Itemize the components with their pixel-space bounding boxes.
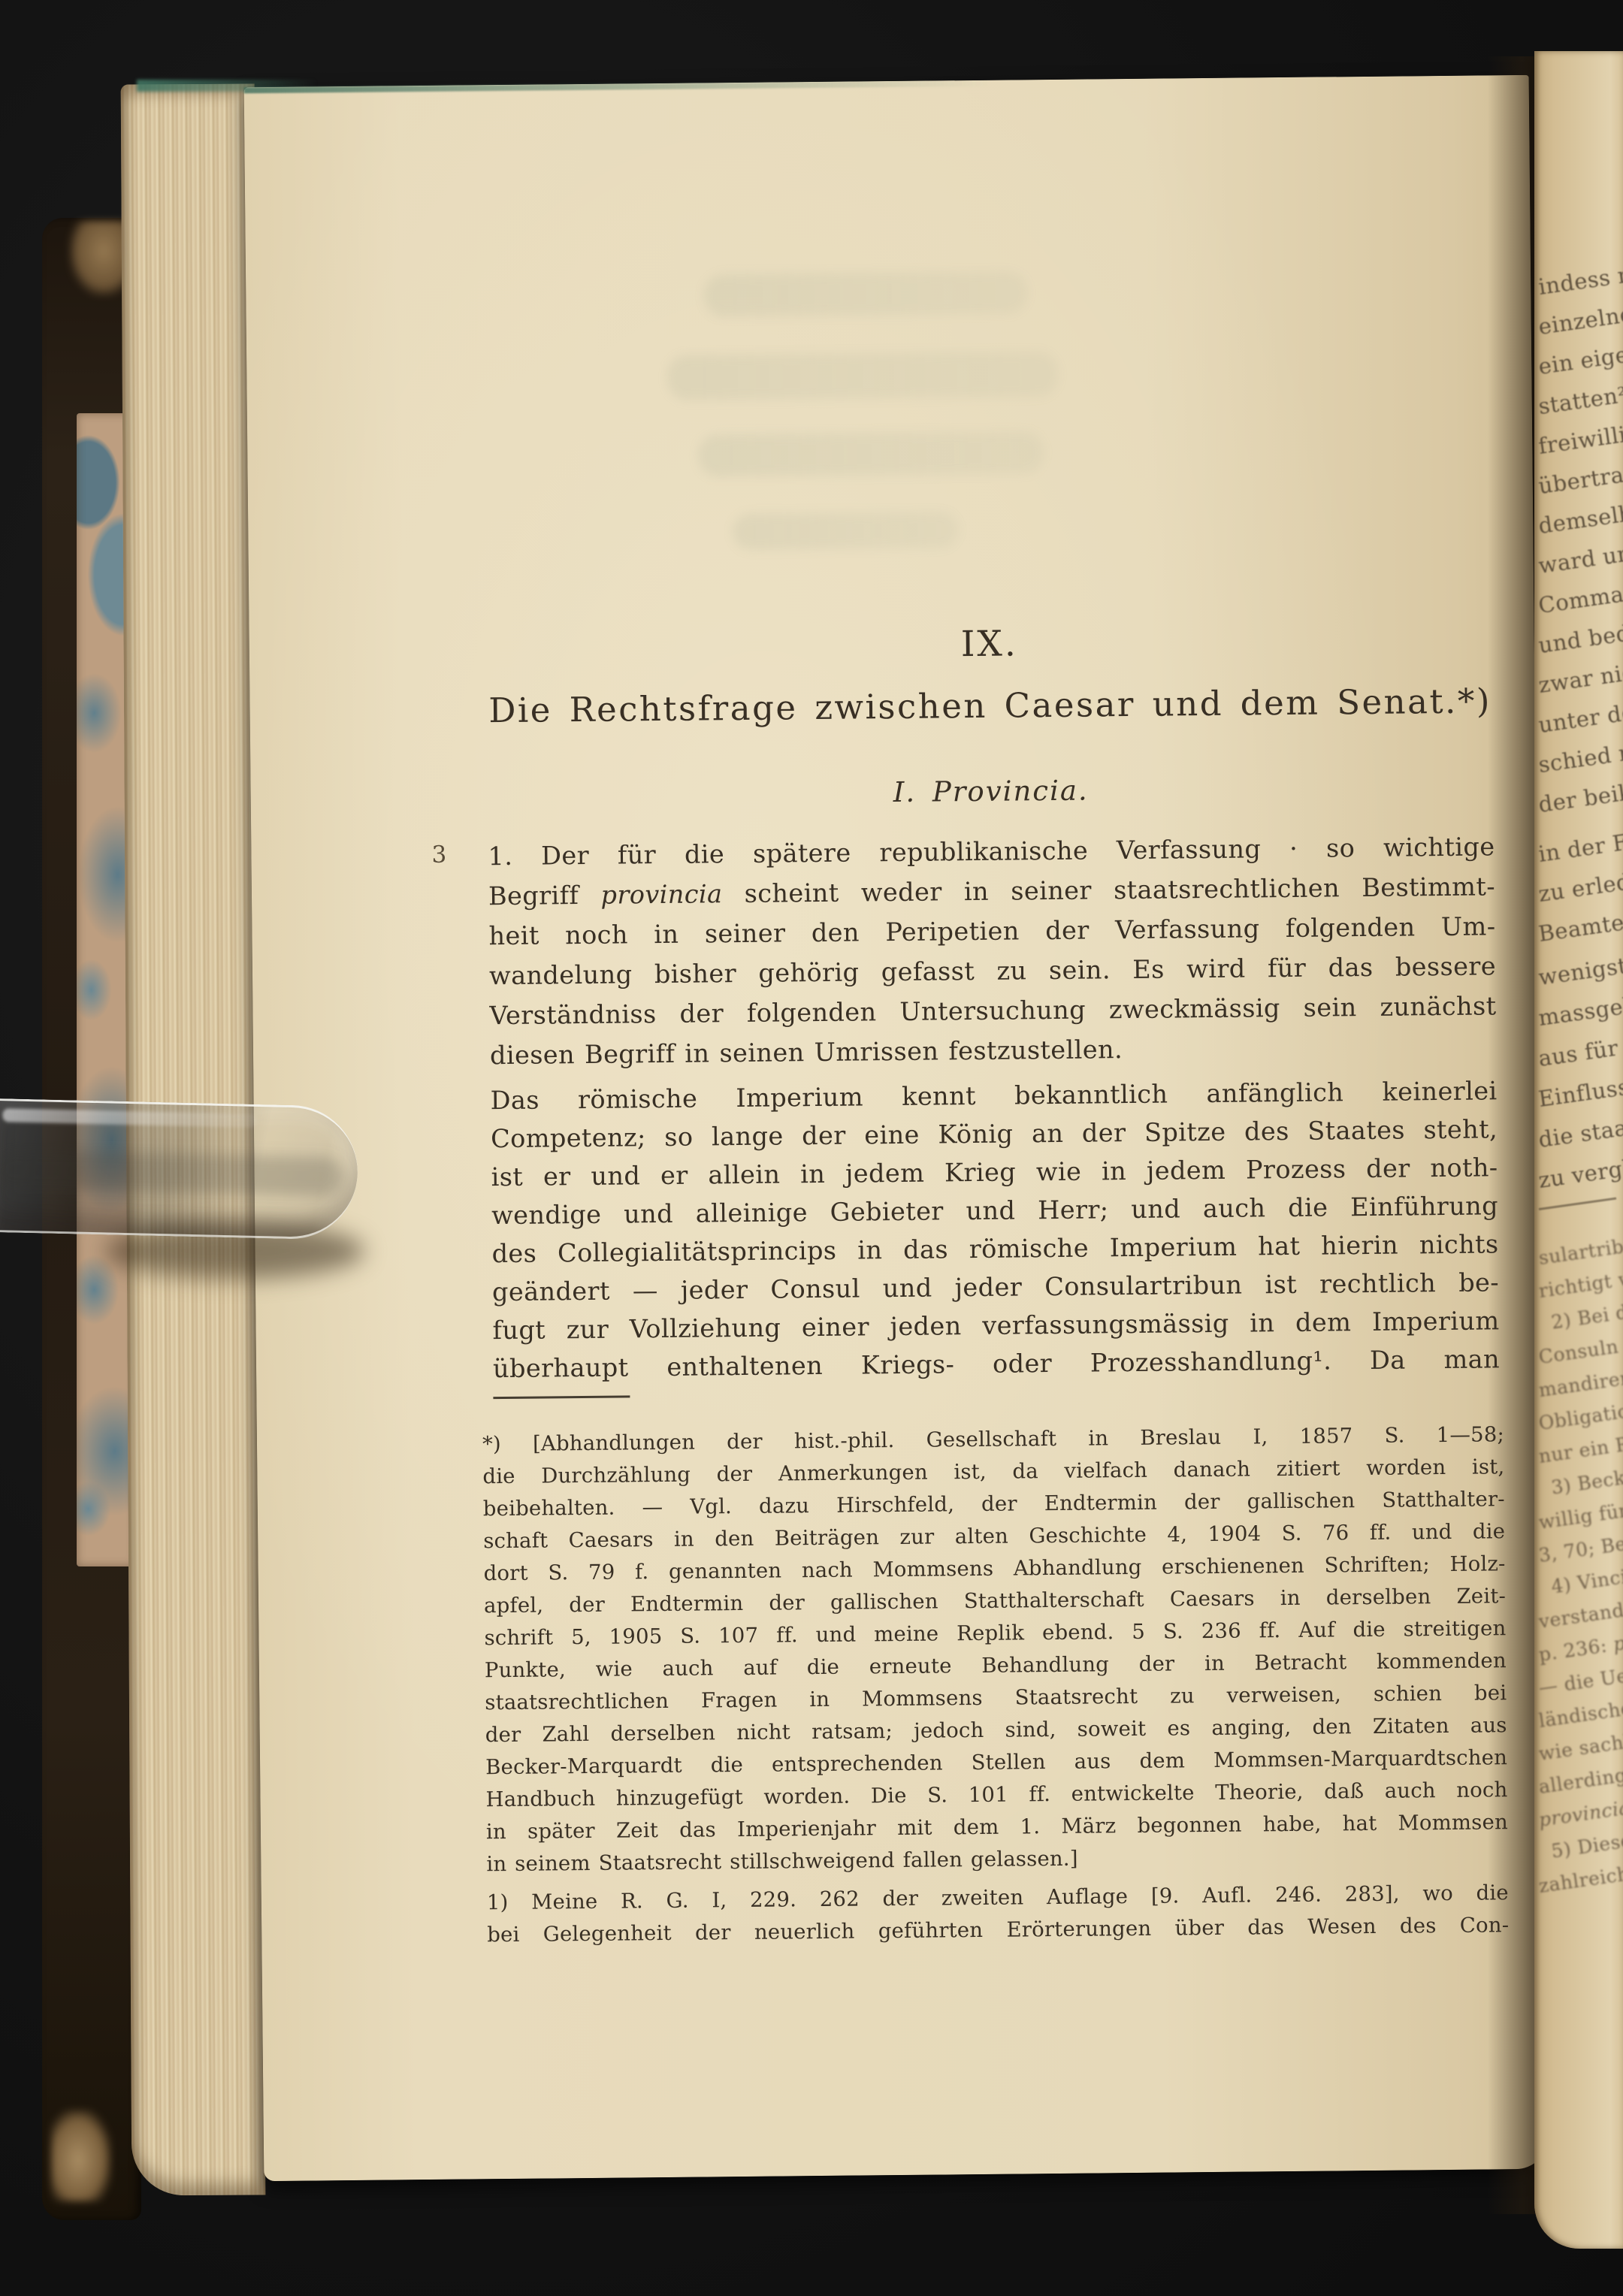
facing-page-line: wenigstens dem	[1537, 942, 1623, 990]
page-holder-clip	[0, 1098, 359, 1240]
facing-page-footnote-line: sulartribunats zu V	[1537, 1225, 1623, 1269]
clip-core-shade	[0, 1150, 343, 1196]
showthrough-ghost-line	[698, 431, 1044, 476]
facing-page-line: Einfluss des Sen	[1537, 1064, 1623, 1112]
footnote-star: *) [Abhandlungen der hist.-phil. Gesells…	[482, 1418, 1509, 1881]
facing-page-line: massgebend gew	[1537, 983, 1623, 1031]
page-title: Die Rechtsfrage zwischen Caesar und dem …	[486, 681, 1493, 730]
facing-page-line: einzelnen Fa	[1537, 292, 1623, 340]
facing-page-line: aus für den Con	[1537, 1023, 1623, 1071]
facing-page-line: und bedenklich	[1537, 610, 1623, 658]
facing-page-line: zu erledigenden	[1537, 859, 1623, 907]
page-top-stain	[244, 80, 990, 94]
facing-page-line: übertragen zu	[1537, 451, 1623, 499]
facing-page-line: freiwillige S	[1537, 411, 1623, 459]
facing-page-line: zwar nicht rech	[1537, 650, 1623, 698]
footnote-separator	[493, 1395, 630, 1399]
facing-page-line: unter den Col	[1537, 690, 1623, 738]
facing-page-line: schied rechtlich	[1537, 730, 1623, 778]
showthrough-ghost-line	[733, 512, 958, 550]
facing-page-line: zu vergleichen	[1537, 1145, 1623, 1193]
facing-page-line: statten²; da	[1537, 371, 1623, 419]
chapter-number: IX.	[486, 618, 1493, 669]
showthrough-ghost-line	[667, 352, 1059, 400]
facing-page-line: demselben fe	[1537, 491, 1623, 539]
cover-wear-bottom	[51, 2110, 111, 2201]
facing-page-footnote-rule	[1539, 1198, 1616, 1210]
section-heading: I. Provincia.	[488, 770, 1495, 812]
facing-page: indess nichteinzelnen Faein eigentlicsta…	[1534, 51, 1623, 2249]
facing-page-line: ein eigentlic	[1537, 331, 1623, 379]
facing-page-line: ward und als	[1537, 530, 1623, 579]
photo-scene: 3 IX. Die Rechtsfrage zwischen Caesar un…	[0, 0, 1623, 2296]
facing-page-line: Commandos h	[1537, 570, 1623, 618]
paragraph-2: Das römische Imperium kennt bekanntlich …	[490, 1071, 1500, 1388]
book-page: 3 IX. Die Rechtsfrage zwischen Caesar un…	[244, 75, 1549, 2181]
facing-page-line: Beamten sich	[1537, 899, 1623, 947]
facing-page-line: indess nicht	[1537, 252, 1623, 300]
footnote-1: 1) Meine R. G. I, 229. 262 der zweiten A…	[487, 1877, 1510, 1951]
showthrough-ghost-line	[704, 271, 1028, 316]
facing-page-line: in der Feststell	[1537, 819, 1623, 867]
facing-page-line: der beikommen	[1537, 769, 1623, 817]
facing-page-line: die staatsrechtlich	[1537, 1104, 1623, 1153]
clip-glint	[2, 1109, 257, 1128]
paragraph-1: 1. Der für die spätere republikanische V…	[488, 826, 1497, 1075]
margin-section-number: 3	[431, 841, 446, 869]
